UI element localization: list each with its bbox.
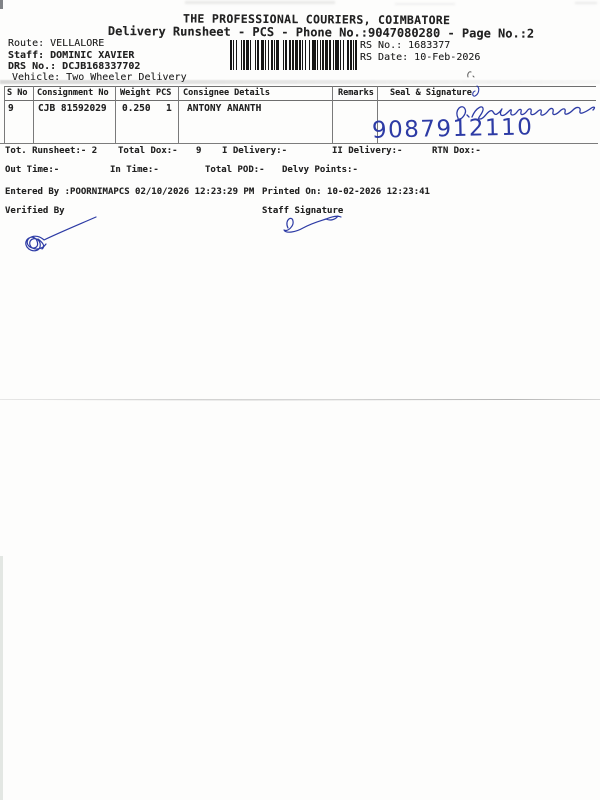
scan-artifact-smudge <box>185 1 335 4</box>
table-border-bottom <box>0 143 598 144</box>
cell-s-no: 9 <box>8 104 14 114</box>
col-header-s-no: S No <box>7 89 27 98</box>
verified-by-signature-scribble <box>18 212 100 256</box>
entered-by-line: Entered By :POORNIMAPCS 02/10/2026 12:23… <box>5 187 254 197</box>
drs-no-line: DRS No.: DCJB168337702 <box>8 61 140 72</box>
in-time-label: In Time:- <box>110 165 159 175</box>
printed-on-line: Printed On: 10-02-2026 12:23:41 <box>262 187 430 197</box>
scan-artifact-smudge <box>575 2 597 4</box>
i-delivery-label: I Delivery:- <box>222 146 287 156</box>
rs-barcode <box>230 40 357 70</box>
table-column-line <box>178 86 179 143</box>
scan-artifact-smudge <box>395 3 455 5</box>
rs-date-line: RS Date: 10-Feb-2026 <box>360 52 480 63</box>
total-pod-label: Total POD:- <box>205 165 265 175</box>
rtn-dox-label: RTN Dox:- <box>432 146 481 156</box>
cell-weight: 0.250 <box>122 104 151 114</box>
delvy-points-label: Delvy Points:- <box>282 165 358 175</box>
scan-artifact-edge <box>0 556 3 800</box>
table-column-line <box>33 86 34 143</box>
cell-consignment-no: CJB 81592029 <box>38 104 107 114</box>
scan-artifact-band <box>0 80 600 84</box>
table-column-line <box>115 86 116 143</box>
col-header-seal-signature: Seal & Signature <box>390 89 472 98</box>
scan-artifact-corner <box>0 0 3 9</box>
col-header-pcs: PCS <box>156 89 171 98</box>
total-dox-label: Total Dox:- <box>118 146 178 156</box>
page-subtitle: Delivery Runsheet - PCS - Phone No.:9047… <box>108 25 534 41</box>
pen-curl-mark <box>471 85 481 99</box>
cell-consignee: ANTONY ANANTH <box>187 104 261 114</box>
table-column-line <box>4 86 5 143</box>
staff-signature-scribble <box>276 211 348 239</box>
scan-artifact-fold-line <box>40 400 560 401</box>
col-header-weight: Weight <box>120 89 151 98</box>
route-line: Route: VELLALORE <box>8 38 104 49</box>
staff-line: Staff: DOMINIC XAVIER <box>8 50 134 61</box>
delivery-runsheet-scan: THE PROFESSIONAL COURIERS, COIMBATORE De… <box>0 0 600 800</box>
out-time-label: Out Time:- <box>5 165 59 175</box>
cell-pcs: 1 <box>166 104 172 114</box>
ii-delivery-label: II Delivery:- <box>332 146 402 156</box>
total-dox-value: 9 <box>196 146 201 156</box>
scan-artifact-pen-mark <box>466 69 476 79</box>
col-header-consignee-details: Consignee Details <box>183 89 270 98</box>
table-column-line <box>332 86 333 143</box>
total-runsheet: Tot. Runsheet:- 2 <box>5 146 97 156</box>
table-border-top <box>4 86 596 87</box>
seal-phone-handwritten: 9087912110 <box>372 114 534 143</box>
col-header-remarks: Remarks <box>338 89 374 98</box>
rs-no-line: RS No.: 1683377 <box>360 40 450 51</box>
col-header-consignment-no: Consignment No <box>37 89 109 98</box>
